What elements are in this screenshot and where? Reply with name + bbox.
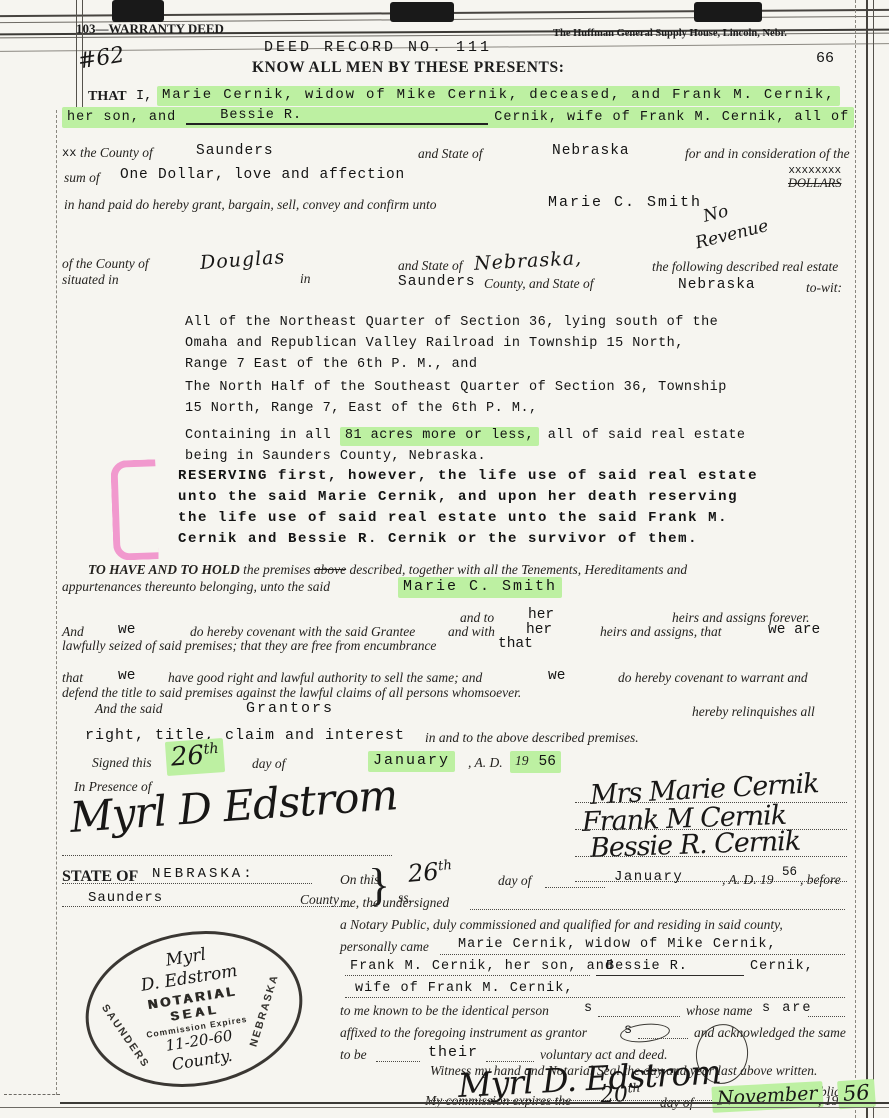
sum-typed: One Dollar, love and affection — [120, 167, 405, 183]
month-typed-highlighted: January — [368, 751, 455, 772]
situs-in: in — [300, 271, 311, 287]
description-line: Omaha and Republican Valley Railroad in … — [185, 336, 684, 351]
notary-clause: a Notary Public, duly commissioned and q… — [340, 917, 783, 933]
grantors-typed: Grantors — [246, 700, 334, 717]
day-handwritten-highlighted: 26th — [165, 738, 225, 776]
that-word: that — [62, 670, 83, 686]
form-number: 103—WARRANTY DEED — [76, 21, 224, 37]
situs-of-county-of: of the County of — [62, 256, 149, 272]
strike-marks: xx — [62, 146, 76, 160]
heirs-that: heirs and assigns, that — [600, 624, 722, 640]
right-title-typed: right, title, claim and interest — [85, 727, 405, 744]
on-this: On this — [340, 872, 379, 888]
grantors-names-highlighted: Marie Cernik, widow of Mike Cernik, dece… — [157, 86, 840, 106]
binding-tape-mark — [694, 2, 762, 22]
we-are-typed: we are — [768, 622, 820, 638]
dollars-struck: xxxxxxxx DOLLARS — [788, 166, 841, 190]
signed-this: Signed this — [92, 755, 152, 771]
identical-clause: to me known to be the identical person — [340, 1003, 549, 1019]
to-wit: to-wit: — [806, 280, 842, 296]
ack-line — [62, 905, 352, 907]
name-s-are-typed: s are — [762, 1001, 813, 1016]
binding-tape-mark — [112, 0, 164, 22]
ack-line — [598, 1015, 680, 1017]
and-with: and with — [448, 624, 495, 640]
reserving-line: Cernik and Bessie R. Cernik or the survi… — [178, 531, 698, 547]
saunders-typed: Saunders — [398, 274, 476, 290]
page-number: 66 — [816, 50, 834, 67]
right-margin-dashed-line — [855, 0, 856, 1118]
bottom-left-dashes — [4, 1094, 60, 1095]
commission-month-handwritten-highlighted: November — [711, 1081, 823, 1113]
ack-month-typed: January — [614, 869, 683, 885]
ack-day-handwritten: 26th — [407, 856, 454, 888]
ack-names-line3: wife of Frank M. Cernik, — [355, 981, 573, 996]
day-of: day of — [252, 756, 285, 772]
warrant-clause: do hereby covenant to warrant and — [618, 670, 808, 686]
good-right-clause: have good right and lawful authority to … — [168, 670, 482, 686]
witness-signature-line — [62, 854, 392, 856]
bessie-underline — [596, 974, 744, 976]
defend-clause: defend the title to said premises agains… — [62, 685, 521, 701]
her-typed: her — [528, 607, 554, 623]
ack-before: , before — [800, 872, 841, 888]
grantor-signature: Bessie R. Cernik — [589, 826, 800, 864]
pink-bracket-annotation — [110, 459, 158, 561]
affixed-clause: affixed to the foregoing instrument as g… — [340, 1025, 587, 1041]
grantors-names-line2-highlighted: her son, and Bessie R. Cernik, wife of F… — [62, 107, 854, 128]
line2-rest: Cernik, wife of Frank M. Cernik, all of — [494, 110, 849, 125]
ack-cernik-typed: Cernik, — [750, 959, 814, 974]
ack-line — [470, 908, 845, 910]
ack-line — [345, 996, 845, 998]
ack-names-line1: Marie Cernik, widow of Mike Cernik, — [458, 937, 777, 952]
to-have-and-to-hold: TO HAVE AND TO HOLD — [88, 562, 240, 577]
county-ack-typed: Saunders — [88, 890, 163, 906]
description-line: 15 North, Range 7, East of the 6th P. M.… — [185, 401, 538, 416]
state-ack-typed: NEBRASKA: — [152, 866, 255, 882]
right-margin-line — [866, 0, 868, 1118]
situated-in: situated in — [62, 272, 119, 288]
situs-and-state-of: and State of — [398, 258, 463, 274]
ack-line — [62, 882, 312, 884]
description-line: Range 7 East of the 6th P. M., and — [185, 357, 477, 372]
signature-line — [575, 801, 847, 803]
ack-line — [808, 1015, 845, 1017]
signature-line — [575, 828, 847, 830]
ack-line — [345, 974, 590, 976]
person-s-typed: s — [584, 1001, 592, 1016]
and-state-of: and State of — [418, 146, 483, 162]
grantee-typed: Marie C. Smith — [548, 194, 702, 211]
and-the-said: And the said — [95, 701, 163, 717]
reserving-line: unto the said Marie Cernik, and upon her… — [178, 489, 738, 505]
habendum-line2: appurtenances thereunto belonging, unto … — [62, 579, 330, 595]
whose-name: whose name — [686, 1003, 752, 1019]
seal-arc-saunders: SAUNDERS — [98, 1002, 152, 1071]
grant-clause: in hand paid do hereby grant, bargain, s… — [64, 197, 436, 213]
habendum-line1: TO HAVE AND TO HOLD the premises above d… — [88, 562, 687, 578]
state-handwritten: Nebraska, — [473, 247, 582, 275]
notarial-seal-stamp: SAUNDERS NEBRASKA Myrl D. Edstrom NOTARI… — [74, 916, 313, 1102]
sum-of-label: sum of — [64, 170, 100, 186]
that-typed: that — [498, 636, 533, 652]
me-undersigned: me, the undersigned — [340, 895, 449, 911]
opening-i: I, — [136, 89, 152, 104]
left-margin-dashed-line — [56, 110, 57, 1095]
we-typed: we — [118, 668, 135, 684]
bessie-name-on-blank: Bessie R. — [186, 108, 488, 125]
personally-came: personally came — [340, 939, 429, 955]
reserving-line: RESERVING first, however, the life use o… — [178, 468, 758, 484]
seal-arc-nebraska: NEBRASKA — [248, 972, 283, 1048]
county-typed: Saunders — [196, 143, 274, 159]
right-margin-line — [873, 0, 874, 1118]
commission-day-handwritten: 20th — [599, 1081, 641, 1109]
ack-day-of: day of — [498, 873, 531, 889]
to-be-label: to be — [340, 1047, 367, 1063]
description-line: The North Half of the Southeast Quarter … — [185, 380, 727, 395]
warranty-deed-scan: 103—WARRANTY DEED The Huffman General Su… — [0, 0, 889, 1118]
ack-bessie-typed: Bessie R. — [606, 959, 688, 974]
record-number: DEED RECORD NO. 111 — [264, 39, 492, 56]
file-mark-handwritten: #62 — [76, 43, 126, 75]
ack-year-typed: 56 — [782, 865, 797, 879]
ack-names-line2a: Frank M. Cernik, her son, and — [350, 959, 614, 974]
in-and-to-clause: in and to the above described premises. — [425, 730, 639, 746]
year-highlighted: 19 56 — [510, 751, 561, 773]
consideration-clause: for and in consideration of the — [685, 146, 850, 162]
nebraska-typed: Nebraska — [678, 277, 756, 293]
county-and-state-of: County, and State of — [484, 276, 594, 292]
description-acreage-line: Containing in all 81 acres more or less,… — [185, 428, 746, 443]
document-title: KNOW ALL MEN BY THESE PRESENTS: — [252, 59, 564, 77]
following-real-estate: the following described real estate — [652, 259, 838, 275]
acreage-highlighted: 81 acres more or less, — [340, 427, 539, 446]
we-typed: we — [548, 668, 565, 684]
ack-line — [545, 886, 605, 888]
county-handwritten: Douglas — [199, 246, 286, 274]
ack-line — [376, 1060, 420, 1062]
of-the-county-of: the County of — [80, 145, 153, 161]
bottom-rule-1 — [60, 1102, 889, 1104]
relinquish-clause: hereby relinquishes all — [692, 704, 815, 720]
ack-line — [440, 953, 845, 955]
binding-tape-mark — [390, 2, 454, 22]
we-typed: we — [118, 622, 135, 638]
lawfully-seized: lawfully seized of said premises; that t… — [62, 638, 436, 654]
bottom-rule-2 — [0, 1107, 889, 1108]
ack-ad: , A. D. 19 — [722, 872, 774, 888]
struck-above: above — [314, 562, 346, 577]
grantee-highlighted: Marie C. Smith — [398, 577, 562, 598]
dollars-label: DOLLARS — [788, 177, 841, 190]
signature-line — [575, 855, 847, 857]
state-typed: Nebraska — [552, 143, 630, 159]
their-typed: their — [428, 1044, 478, 1061]
ad-label: , A. D. — [468, 755, 503, 771]
description-line: All of the Northeast Quarter of Section … — [185, 315, 718, 330]
reserving-line: the life use of said real estate unto th… — [178, 510, 728, 526]
line2-lead: her son, and — [67, 110, 176, 125]
that-label: THAT — [88, 89, 127, 105]
description-line: being in Saunders County, Nebraska. — [185, 449, 486, 464]
printer-name: The Huffman General Supply House, Lincol… — [553, 28, 787, 39]
commission-year-handwritten-highlighted: 56 — [837, 1079, 876, 1109]
